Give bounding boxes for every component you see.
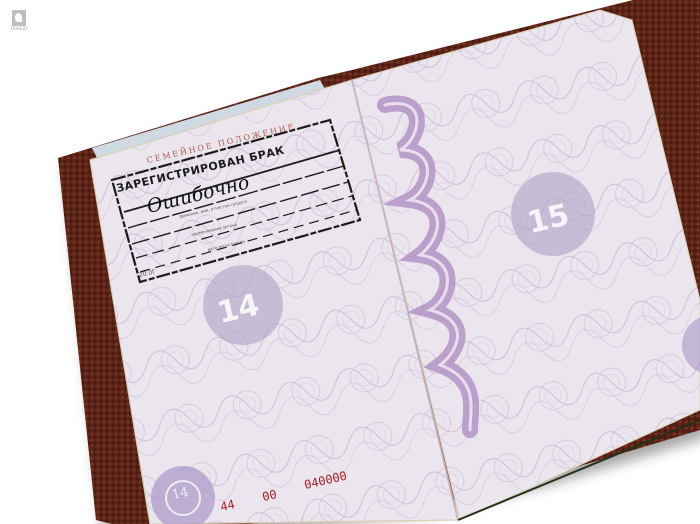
passport-photo	[0, 0, 700, 524]
page-14-disc	[203, 265, 283, 345]
page-15-disc	[511, 172, 595, 256]
